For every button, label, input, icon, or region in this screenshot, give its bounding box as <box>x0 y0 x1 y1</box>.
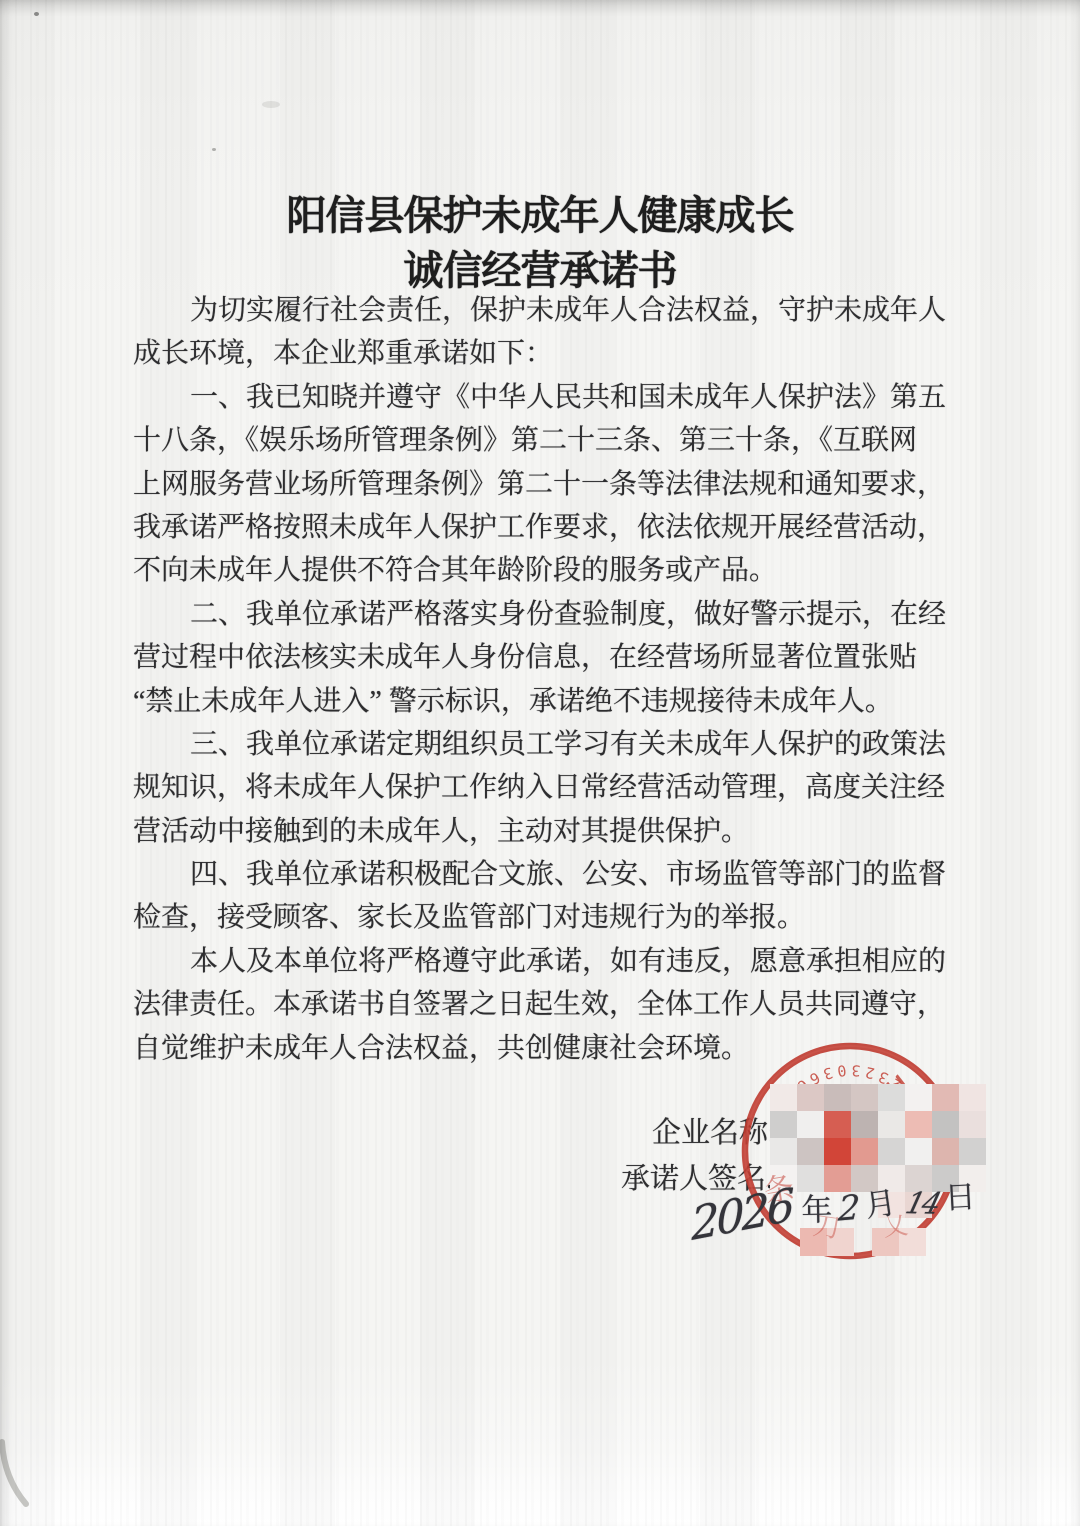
body-line: 营活动中接触到的未成年人，主动对其提供保护。 <box>133 810 948 853</box>
date-month: 2 <box>837 1191 860 1227</box>
body-line: 十八条，《娱乐场所管理条例》第二十三条、第三十条，《互联网 <box>133 419 948 462</box>
body-line: 上网服务营业场所管理条例》第二十一条等法律法规和通知要求， <box>133 463 948 506</box>
body-line: 法律责任。本承诺书自签署之日起生效，全体工作人员共同遵守， <box>133 983 948 1026</box>
page-curl-artifact <box>0 1430 40 1520</box>
date-month-unit: 月 <box>863 1188 898 1223</box>
body-line: 我承诺严格按照未成年人保护工作要求，依法依规开展经营活动， <box>133 506 948 549</box>
body-line: 不向未成年人提供不符合其年龄阶段的服务或产品。 <box>133 549 948 592</box>
scan-speck <box>34 12 39 16</box>
body-line: 一、我已知晓并遵守《中华人民共和国未成年人保护法》第五 <box>133 376 948 419</box>
body-line: 成长环境，本企业郑重承诺如下： <box>133 332 948 375</box>
paragraph-intro: 为切实履行社会责任，保护未成年人合法权益，守护未成年人 成长环境，本企业郑重承诺… <box>133 289 948 376</box>
body-line: 本人及本单位将严格遵守此承诺，如有违反，愿意承担相应的 <box>133 940 948 983</box>
body-line: 二、我单位承诺严格落实身份查验制度，做好警示提示，在经 <box>133 593 948 636</box>
body-line: 为切实履行社会责任，保护未成年人合法权益，守护未成年人 <box>133 289 948 332</box>
paragraph-item-4: 四、我单位承诺积极配合文旅、公安、市场监管等部门的监督 检查，接受顾客、家长及监… <box>133 853 948 940</box>
paragraph-item-2: 二、我单位承诺严格落实身份查验制度，做好警示提示，在经 营过程中依法核实未成年人… <box>133 593 948 723</box>
scan-speck <box>212 148 216 151</box>
document-title-line2: 诚信经营承诺书 <box>0 239 1080 296</box>
date-day-unit: 日 <box>944 1182 977 1215</box>
scan-smudge <box>262 101 280 108</box>
body-line: 营过程中依法核实未成年人身份信息，在经营场所显著位置张贴 <box>133 636 948 679</box>
scanned-document-page: 阳信县保护未成年人健康成长 诚信经营承诺书 为切实履行社会责任，保护未成年人合法… <box>0 0 1080 1526</box>
date-year-unit: 年 <box>801 1195 833 1227</box>
paragraph-item-3: 三、我单位承诺定期组织员工学习有关未成年人保护的政策法 规知识，将未成年人保护工… <box>133 723 948 853</box>
body-line: “禁止未成年人进入” 警示标识，承诺绝不违规接待未成年人。 <box>133 680 948 723</box>
body-line: 规知识，将未成年人保护工作纳入日常经营活动管理，高度关注经 <box>133 766 948 809</box>
document-title-line1: 阳信县保护未成年人健康成长 <box>0 184 1080 241</box>
date-day: 14 <box>903 1189 943 1219</box>
body-line: 检查，接受顾客、家长及监管部门对违规行为的举报。 <box>133 896 948 939</box>
body-line: 三、我单位承诺定期组织员工学习有关未成年人保护的政策法 <box>133 723 948 766</box>
body-line: 四、我单位承诺积极配合文旅、公安、市场监管等部门的监督 <box>133 853 948 896</box>
paragraph-item-1: 一、我已知晓并遵守《中华人民共和国未成年人保护法》第五 十八条，《娱乐场所管理条… <box>133 376 948 593</box>
document-body: 为切实履行社会责任，保护未成年人合法权益，守护未成年人 成长环境，本企业郑重承诺… <box>133 289 948 1070</box>
